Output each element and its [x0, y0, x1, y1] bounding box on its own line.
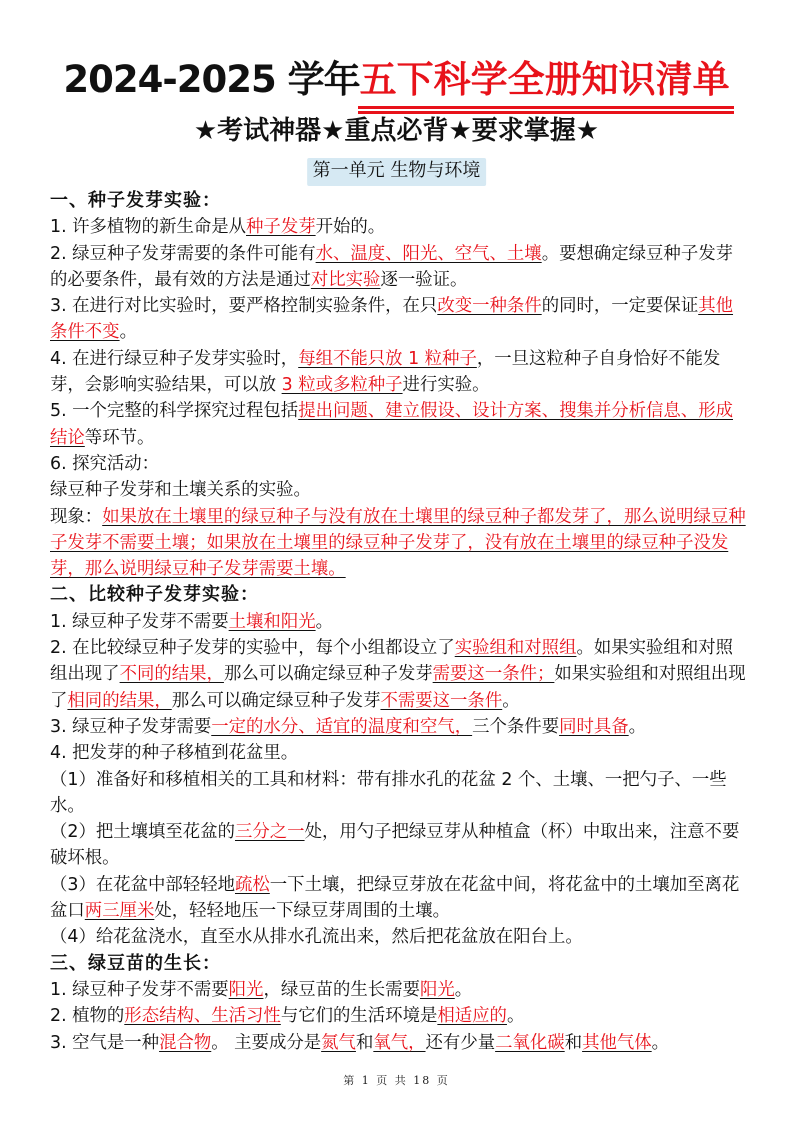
key-point: 氮气: [321, 1033, 356, 1053]
paragraph: （4）给花盆浇水，直至水从排水孔流出来，然后把花盆放在阳台上。: [50, 924, 750, 950]
text-run: 开始的。: [316, 217, 386, 237]
key-point: 同时具备: [559, 717, 629, 737]
paragraph: 现象：如果放在土壤里的绿豆种子与没有放在土壤里的绿豆种子都发芽了，那么说明绿豆种…: [50, 504, 750, 583]
text-run: 2. 绿豆种子发芽需要的条件可能有: [50, 244, 316, 264]
text-run: 那么可以确定绿豆种子发芽: [172, 691, 381, 711]
text-run: 。: [507, 1006, 524, 1026]
paragraph: 2. 绿豆种子发芽需要的条件可能有水、温度、阳光、空气、土壤。要想确定绿豆种子发…: [50, 241, 750, 294]
document-title: 2024-2025 学年五下科学全册知识清单: [0, 56, 793, 108]
text-run: 进行实验。: [403, 375, 490, 395]
paragraph: 1. 绿豆种子发芽不需要土壤和阳光。: [50, 609, 750, 635]
text-run: 绿豆种子发芽和土壤关系的实验。: [50, 480, 311, 500]
key-point: 形态结构、生活习性: [124, 1006, 281, 1026]
key-point: 两三厘米: [85, 901, 155, 921]
text-run: 5. 一个完整的科学探究过程包括: [50, 401, 298, 421]
text-run: 处，轻轻地压一下绿豆芽周围的土壤。: [154, 901, 450, 921]
key-point: 不需要这一条件: [380, 691, 502, 711]
text-run: 。 主要成分是: [211, 1033, 321, 1053]
key-point: 相同的结果，: [67, 691, 171, 711]
key-point: 一定的水分、适宜的温度和空气，: [211, 717, 472, 737]
subtitle-slogan: ★考试神器★重点必背★要求掌握★: [0, 114, 793, 148]
key-point: 其他气体: [582, 1033, 652, 1053]
key-point: 氧气，: [373, 1033, 425, 1053]
text-run: 三个条件要: [472, 717, 559, 737]
key-point: 实验组和对照组: [455, 638, 577, 658]
text-run: 。: [455, 980, 472, 1000]
paragraph: （2）把土壤填至花盆的三分之一处，用勺子把绿豆芽从种植盒（杯）中取出来，注意不要…: [50, 819, 750, 872]
text-run: 现象：: [50, 507, 102, 527]
section-heading: 一、种子发芽实验：: [50, 188, 750, 214]
text-run: 那么可以确定绿豆种子发芽: [224, 664, 433, 684]
text-run: （2）把土壤填至花盆的: [50, 822, 235, 842]
paragraph: 6. 探究活动：: [50, 451, 750, 477]
key-point: 需要这一条件；: [433, 664, 555, 684]
text-run: 2. 植物的: [50, 1006, 124, 1026]
paragraph: 1. 许多植物的新生命是从种子发芽开始的。: [50, 214, 750, 240]
key-point: 混合物: [159, 1033, 211, 1053]
title-highlight: 五下科学全册知识清单: [360, 56, 730, 108]
key-point: 每组不能只放 1 粒种子: [298, 349, 477, 369]
text-run: 与它们的生活环境是: [281, 1006, 438, 1026]
paragraph: 2. 植物的形态结构、生活习性与它们的生活环境是相适应的。: [50, 1003, 750, 1029]
key-point: 对比实验: [311, 270, 381, 290]
key-point: 3 粒或多粒种子: [282, 375, 403, 395]
text-run: 3. 空气是一种: [50, 1033, 159, 1053]
title-year: 2024-2025 学年: [63, 58, 359, 101]
text-run: 逐一验证。: [380, 270, 467, 290]
text-run: 。: [316, 612, 333, 632]
key-point: 阳光: [229, 980, 264, 1000]
paragraph: （1）准备好和移植相关的工具和材料：带有排水孔的花盆 2 个、土壤、一把勺子、一…: [50, 767, 750, 820]
text-run: 等环节。: [85, 428, 155, 448]
key-point: 三分之一: [235, 822, 305, 842]
text-run: 4. 在进行绿豆种子发芽实验时，: [50, 349, 298, 369]
paragraph: 5. 一个完整的科学探究过程包括提出问题、建立假设、设计方案、搜集并分析信息、形…: [50, 398, 750, 451]
text-run: 。: [652, 1033, 669, 1053]
text-run: 1. 绿豆种子发芽不需要: [50, 612, 229, 632]
key-point: 相适应的: [437, 1006, 507, 1026]
text-run: 6. 探究活动：: [50, 454, 159, 474]
text-run: 和: [356, 1033, 373, 1053]
document-body: 一、种子发芽实验：1. 许多植物的新生命是从种子发芽开始的。2. 绿豆种子发芽需…: [50, 188, 750, 1056]
text-run: （3）在花盆中部轻轻地: [50, 875, 235, 895]
key-point: 阳光: [420, 980, 455, 1000]
section-heading: 三、绿豆苗的生长：: [50, 951, 750, 977]
paragraph: 3. 在进行对比实验时，要严格控制实验条件，在只改变一种条件的同时，一定要保证其…: [50, 293, 750, 346]
text-run: 1. 绿豆种子发芽不需要: [50, 980, 229, 1000]
section-heading: 二、比较种子发芽实验：: [50, 582, 750, 608]
text-run: 2. 在比较绿豆种子发芽的实验中，每个小组都设立了: [50, 638, 455, 658]
key-point: 二氧化碳: [495, 1033, 565, 1053]
text-run: 的同时，一定要保证: [542, 296, 699, 316]
key-point: 如果放在土壤里的绿豆种子与没有放在土壤里的绿豆种子都发芽了，那么说明绿豆种子发芽…: [50, 507, 746, 580]
text-run: ，绿豆苗的生长需要: [263, 980, 420, 1000]
paragraph: 2. 在比较绿豆种子发芽的实验中，每个小组都设立了实验组和对照组。如果实验组和对…: [50, 635, 750, 714]
paragraph: 4. 把发芽的种子移植到花盆里。: [50, 740, 750, 766]
document-page: 2024-2025 学年五下科学全册知识清单 ★考试神器★重点必背★要求掌握★ …: [0, 0, 793, 1122]
paragraph: （3）在花盆中部轻轻地疏松一下土壤，把绿豆芽放在花盆中间，将花盆中的土壤加至离花…: [50, 872, 750, 925]
text-run: （1）准备好和移植相关的工具和材料：带有排水孔的花盆 2 个、土壤、一把勺子、一…: [50, 770, 727, 816]
paragraph: 4. 在进行绿豆种子发芽实验时，每组不能只放 1 粒种子，一旦这粒种子自身恰好不…: [50, 346, 750, 399]
text-run: 还有少量: [426, 1033, 496, 1053]
key-point: 改变一种条件: [437, 296, 541, 316]
key-point: 水、温度、阳光、空气、土壤: [316, 244, 542, 264]
text-run: 。: [120, 322, 137, 342]
page-number: 第 1 页 共 18 页: [0, 1072, 793, 1088]
key-point: 种子发芽: [246, 217, 316, 237]
key-point: 不同的结果，: [120, 664, 224, 684]
text-run: 和: [565, 1033, 582, 1053]
paragraph: 1. 绿豆种子发芽不需要阳光，绿豆苗的生长需要阳光。: [50, 977, 750, 1003]
text-run: 4. 把发芽的种子移植到花盆里。: [50, 743, 298, 763]
key-point: 疏松: [235, 875, 270, 895]
text-run: （4）给花盆浇水，直至水从排水孔流出来，然后把花盆放在阳台上。: [50, 927, 583, 947]
unit-banner: 第一单元 生物与环境: [307, 158, 487, 186]
paragraph: 3. 空气是一种混合物。 主要成分是氮气和氧气，还有少量二氧化碳和其他气体。: [50, 1030, 750, 1056]
paragraph: 3. 绿豆种子发芽需要一定的水分、适宜的温度和空气，三个条件要同时具备。: [50, 714, 750, 740]
text-run: 3. 在进行对比实验时，要严格控制实验条件，在只: [50, 296, 437, 316]
text-run: 3. 绿豆种子发芽需要: [50, 717, 211, 737]
text-run: 1. 许多植物的新生命是从: [50, 217, 246, 237]
text-run: 。: [629, 717, 646, 737]
text-run: 。: [502, 691, 519, 711]
paragraph: 绿豆种子发芽和土壤关系的实验。: [50, 477, 750, 503]
key-point: 土壤和阳光: [229, 612, 316, 632]
